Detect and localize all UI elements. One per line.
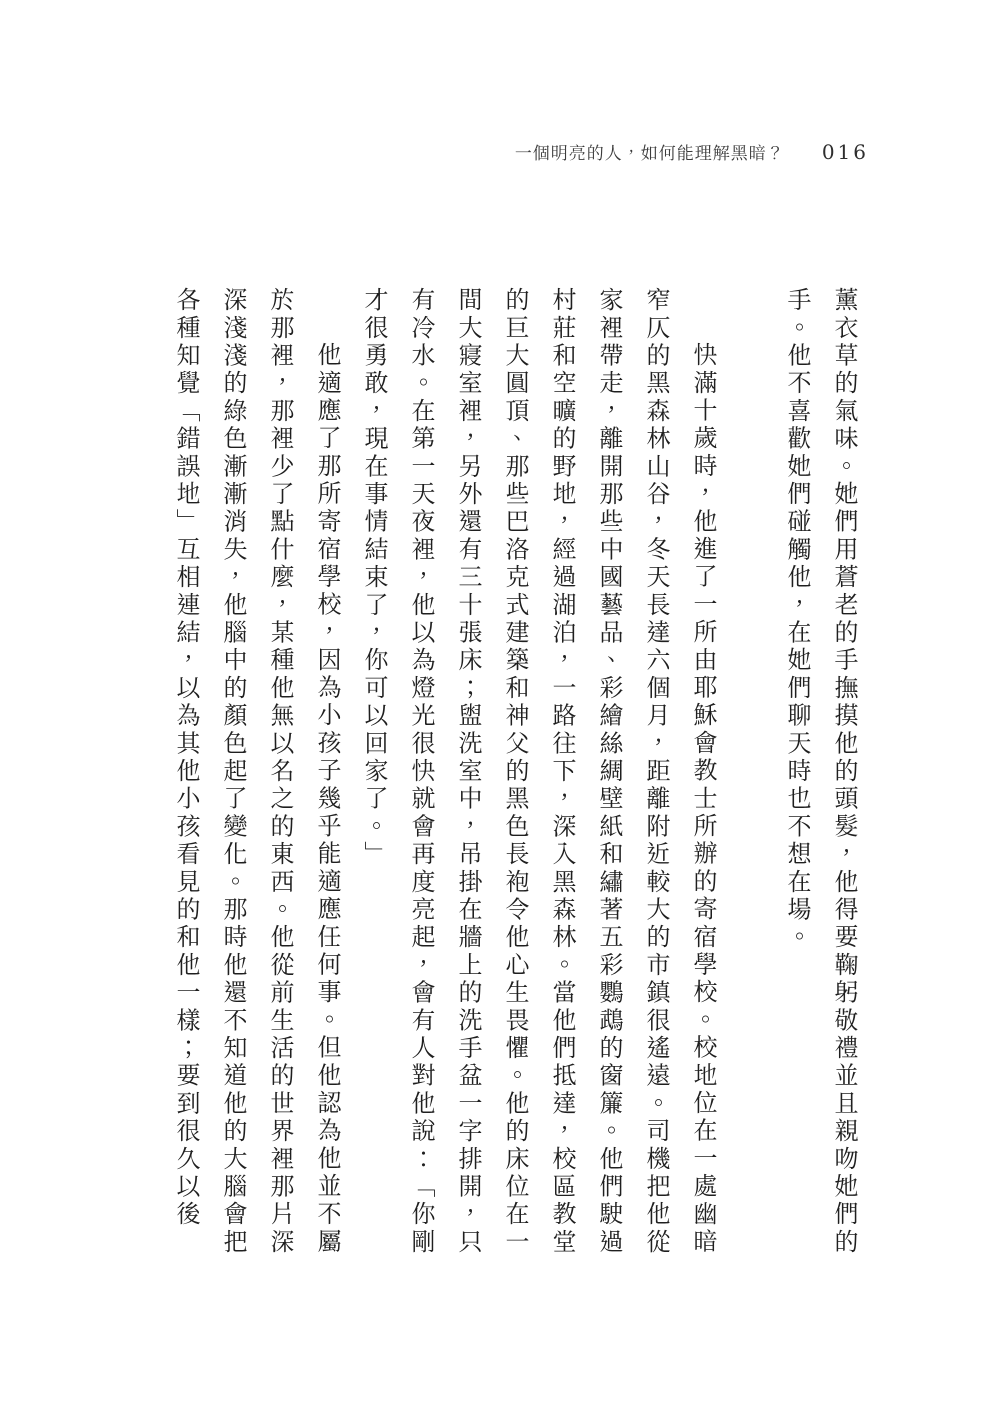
paragraph-3: 他適應了那所寄宿學校，因為小孩子幾乎能適應任何事。但他認為他並不屬於那裡，那裡少… bbox=[162, 287, 350, 1262]
running-head: 一個明亮的人，如何能理解黑暗？ 016 bbox=[515, 139, 869, 164]
running-head-title: 一個明亮的人，如何能理解黑暗？ bbox=[515, 139, 785, 164]
page-number: 016 bbox=[822, 140, 869, 164]
paragraph-1: 薰衣草的氣味。她們用蒼老的手撫摸他的頭髮，他得要鞠躬敬禮並且親吻她們的手。他不喜… bbox=[773, 287, 867, 1262]
page-body-vertical-text: 薰衣草的氣味。她們用蒼老的手撫摸他的頭髮，他得要鞠躬敬禮並且親吻她們的手。他不喜… bbox=[162, 287, 867, 1262]
book-page: { "header": { "running_title": "一個明亮的人，如… bbox=[0, 0, 1000, 1406]
paragraph-2: 快滿十歲時，他進了一所由耶穌會教士所辦的寄宿學校。校地位在一處幽暗窄仄的黑森林山… bbox=[350, 287, 726, 1262]
